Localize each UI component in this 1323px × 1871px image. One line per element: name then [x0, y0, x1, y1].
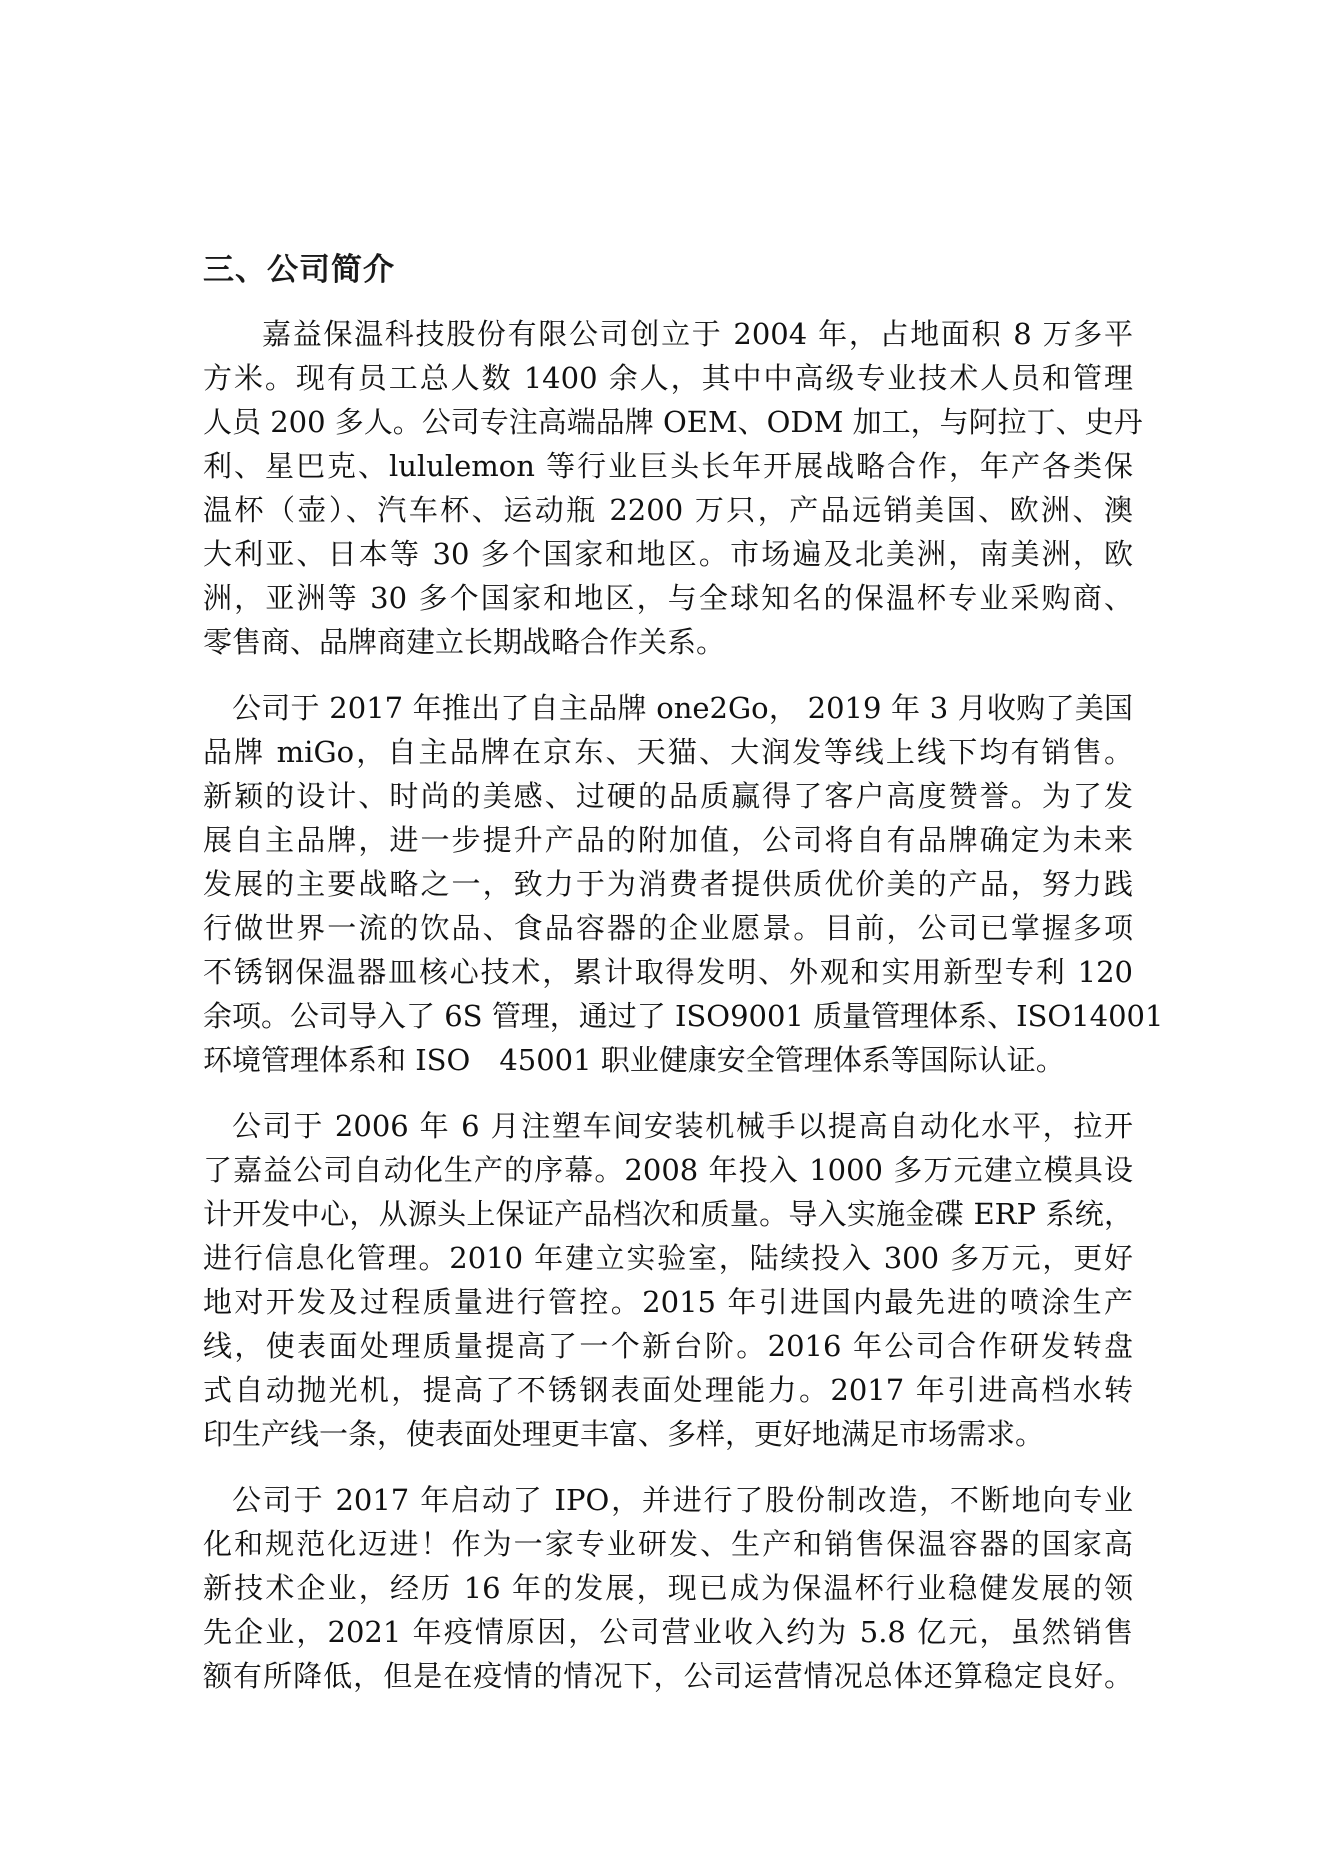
paragraph-line: 计开发中心，从源头上保证产品档次和质量。导入实施金碟 ERP 系统，: [203, 1194, 1133, 1234]
paragraph-line: 发展的主要战略之一，致力于为消费者提供质优价美的产品，努力践: [203, 864, 1133, 904]
section-heading: 三、公司简介: [203, 244, 395, 289]
paragraph-line: 地对开发及过程质量进行管控。2015 年引进国内最先进的喷涂生产: [203, 1282, 1133, 1322]
paragraph-line: 洲，亚洲等 30 多个国家和地区，与全球知名的保温杯专业采购商、: [203, 578, 1133, 618]
paragraph-line: 线，使表面处理质量提高了一个新台阶。2016 年公司合作研发转盘: [203, 1326, 1133, 1366]
paragraph-line: 零售商、品牌商建立长期战略合作关系。: [203, 622, 1133, 662]
paragraph-line: 额有所降低，但是在疫情的情况下，公司运营情况总体还算稳定良好。: [203, 1656, 1133, 1696]
paragraph-line: 新技术企业，经历 16 年的发展，现已成为保温杯行业稳健发展的领: [203, 1568, 1133, 1608]
paragraph-line: 利、星巴克、lululemon 等行业巨头长年开展战略合作，年产各类保: [203, 446, 1133, 486]
paragraph-line: 大利亚、日本等 30 多个国家和地区。市场遍及北美洲，南美洲，欧: [203, 534, 1133, 574]
paragraph-line: 式自动抛光机，提高了不锈钢表面处理能力。2017 年引进高档水转: [203, 1370, 1133, 1410]
paragraph-line: 化和规范化迈进！作为一家专业研发、生产和销售保温容器的国家高: [203, 1524, 1133, 1564]
paragraph-line: 不锈钢保温器皿核心技术，累计取得发明、外观和实用新型专利 120: [203, 952, 1133, 992]
paragraph-line: 公司于 2006 年 6 月注塑车间安装机械手以提高自动化水平，拉开: [232, 1106, 1133, 1146]
paragraph-line: 环境管理体系和 ISO 45001 职业健康安全管理体系等国际认证。: [203, 1040, 1133, 1080]
paragraph-line: 展自主品牌，进一步提升产品的附加值，公司将自有品牌确定为未来: [203, 820, 1133, 860]
paragraph-line: 嘉益保温科技股份有限公司创立于 2004 年，占地面积 8 万多平: [262, 314, 1133, 354]
paragraph-line: 新颖的设计、时尚的美感、过硬的品质赢得了客户高度赞誉。为了发: [203, 776, 1133, 816]
paragraph-line: 温杯（壶）、汽车杯、运动瓶 2200 万只，产品远销美国、欧洲、澳: [203, 490, 1133, 530]
paragraph-line: 印生产线一条，使表面处理更丰富、多样，更好地满足市场需求。: [203, 1414, 1133, 1454]
document-page: 三、公司简介 嘉益保温科技股份有限公司创立于 2004 年，占地面积 8 万多平…: [0, 0, 1323, 1871]
paragraph-line: 品牌 miGo，自主品牌在京东、天猫、大润发等线上线下均有销售。: [203, 732, 1133, 772]
paragraph-line: 进行信息化管理。2010 年建立实验室，陆续投入 300 多万元，更好: [203, 1238, 1133, 1278]
paragraph-line: 人员 200 多人。公司专注高端品牌 OEM、ODM 加工，与阿拉丁、史丹: [203, 402, 1133, 442]
paragraph-line: 公司于 2017 年推出了自主品牌 one2Go， 2019 年 3 月收购了美…: [232, 688, 1133, 728]
paragraph-line: 先企业，2021 年疫情原因，公司营业收入约为 5.8 亿元，虽然销售: [203, 1612, 1133, 1652]
paragraph-line: 余项。公司导入了 6S 管理，通过了 ISO9001 质量管理体系、ISO140…: [203, 996, 1133, 1036]
paragraph-line: 方米。现有员工总人数 1400 余人，其中中高级专业技术人员和管理: [203, 358, 1133, 398]
paragraph-line: 公司于 2017 年启动了 IPO，并进行了股份制改造，不断地向专业: [232, 1480, 1133, 1520]
paragraph-line: 了嘉益公司自动化生产的序幕。2008 年投入 1000 多万元建立模具设: [203, 1150, 1133, 1190]
paragraph-line: 行做世界一流的饮品、食品容器的企业愿景。目前，公司已掌握多项: [203, 908, 1133, 948]
